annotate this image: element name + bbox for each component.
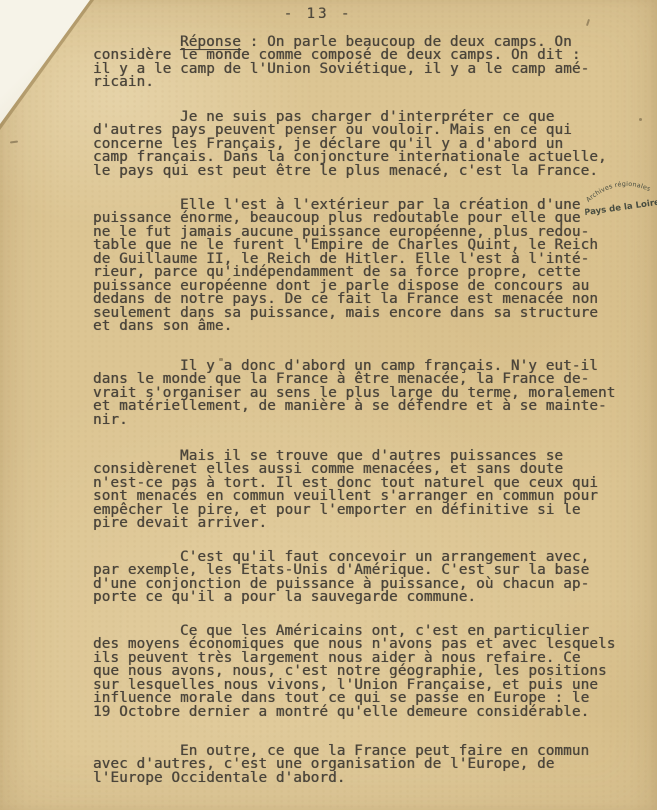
- scanned-archive-page: { "page": { "number": "- 13 -" }, "stamp…: [0, 0, 657, 810]
- paragraph: Mais il se trouve que d'autres puissance…: [93, 450, 627, 531]
- paragraph: Je ne suis pas charger d'interpréter ce …: [93, 111, 627, 178]
- paragraph: Elle l'est à l'extérieur par la création…: [93, 199, 627, 334]
- paragraph: En outre, ce que la France peut faire en…: [93, 745, 627, 785]
- archive-stamp: Archives régionales Pays de la Loire: [582, 169, 657, 223]
- paragraph-text: : On parle beaucoup de deux camps. On co…: [93, 34, 589, 90]
- page-number: - 13 -: [258, 6, 378, 22]
- paragraph: Il y a donc d'abord un camp français. N'…: [93, 360, 627, 427]
- paper-speck: [219, 358, 223, 361]
- stamp-name-text: Pays de la Loire: [584, 198, 657, 219]
- paragraph: C'est qu'il faut concevoir un arrangemen…: [93, 551, 627, 605]
- paragraph: Ce que les Américains ont, c'est en part…: [93, 625, 627, 719]
- paragraph-response: Réponse : On parle beaucoup de deux camp…: [93, 36, 627, 90]
- paper-speck: [639, 118, 642, 121]
